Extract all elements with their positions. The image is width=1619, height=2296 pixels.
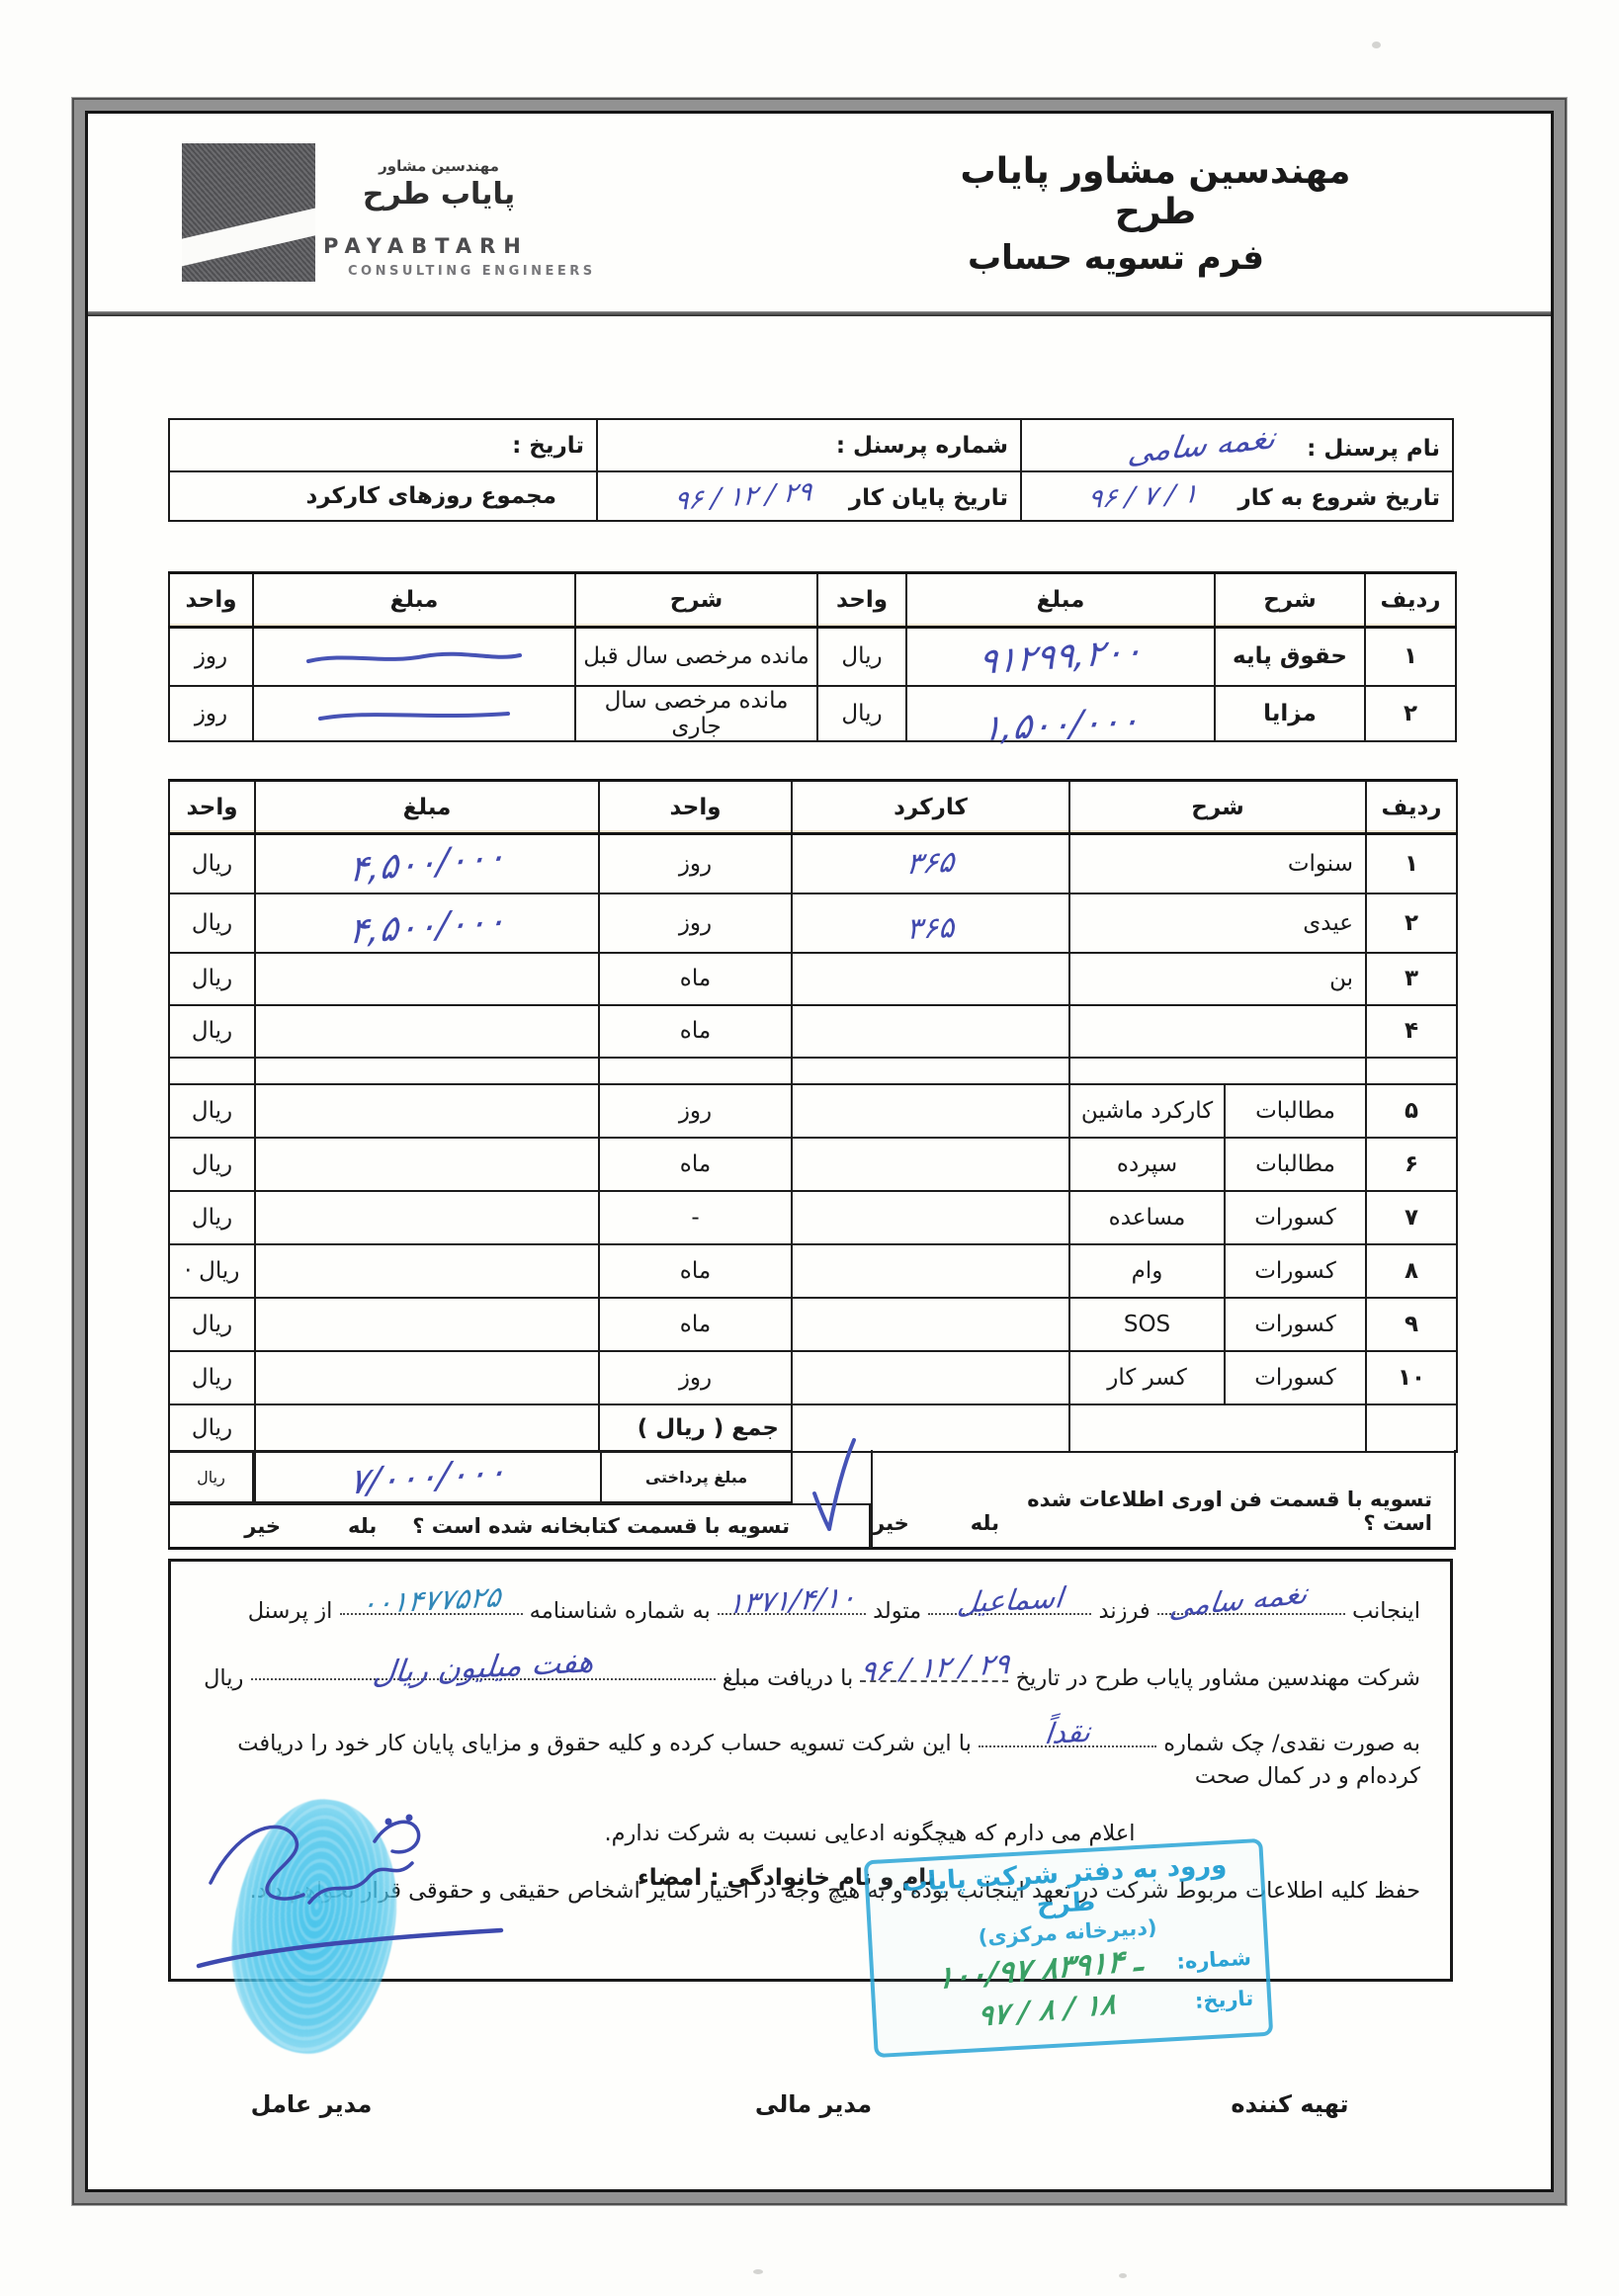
workdays-handwriting: ۳۶۵ <box>906 910 956 947</box>
desc-cell: حقوق پایه <box>1215 628 1365 686</box>
id-number-handwriting: ۰۰۱۴۷۷۵۲۵ <box>359 1575 503 1626</box>
work-cell <box>792 1138 1069 1191</box>
table-row: ۲ مزایا ۱,۵۰۰/۰۰۰ ریال مانده مرخصی سال ج… <box>169 686 1456 741</box>
salary-table: ردیف شرح مبلغ واحد شرح مبلغ واحد ۱ حقوق … <box>168 571 1457 742</box>
logo-latin-sub: CONSULTING ENGINEERS <box>348 264 596 279</box>
work-cell <box>792 1351 1069 1404</box>
row-number: ۶ <box>1366 1138 1457 1191</box>
amount-cell <box>255 1351 599 1404</box>
amount-cell <box>255 1298 599 1351</box>
birthdate-blank: ۱۳۷۱/۴/۱۰ <box>718 1587 866 1615</box>
birthdate-handwriting: ۱۳۷۱/۴/۱۰ <box>725 1576 858 1626</box>
unit-cell: ماه <box>599 1138 792 1191</box>
row-number: ۲ <box>1365 686 1456 741</box>
amount-handwriting: ۴,۵۰۰/۰۰۰ <box>348 836 506 891</box>
row-number: ۸ <box>1366 1244 1457 1298</box>
row-number: ۳ <box>1366 953 1457 1005</box>
table-row: ۱ حقوق پایه ۹۱۲۹۹,۲۰۰ ریال مانده مرخصی س… <box>169 628 1456 686</box>
decl-text: اینجانب <box>1352 1598 1420 1624</box>
empty-cell <box>1069 1058 1366 1084</box>
table-row: ۳ بن ماه ریال <box>169 953 1457 1005</box>
desc-cell <box>1069 1005 1366 1058</box>
father-handwriting: اسماعیل <box>955 1576 1065 1625</box>
row-number: ۱ <box>1366 834 1457 893</box>
it-question-text: تسویه با قسمت فن اوری اطلاعات شده است ؟ <box>1027 1488 1432 1535</box>
col-header: واحد <box>817 573 906 628</box>
declaration-line-1: اینجانب نغمه سامی فرزند اسماعیل متولد ۱۳… <box>201 1587 1420 1629</box>
unit2-cell: ریال <box>169 1298 255 1351</box>
table-row: ۷ کسورات مساعده - ریال <box>169 1191 1457 1244</box>
scribble-mark <box>300 649 528 667</box>
amount2-cell <box>253 628 575 686</box>
desc-cell: SOS <box>1069 1298 1225 1351</box>
unit2-cell: ریال <box>169 1005 255 1058</box>
category-cell: کسورات <box>1225 1298 1366 1351</box>
unit2-cell: ریال <box>169 1351 255 1404</box>
decl-text: به شماره شناسنامه <box>530 1598 711 1624</box>
row-number: ۱۰ <box>1366 1351 1457 1404</box>
stamp-date-handwriting: ۹۷ / ۸ / ۱۸ <box>978 1987 1117 2033</box>
paid-unit-cell: ریال <box>168 1450 254 1503</box>
category-cell: مطالبات <box>1225 1138 1366 1191</box>
empty-cell <box>255 1058 599 1084</box>
table-row: ۶ مطالبات سپرده ماه ریال <box>169 1138 1457 1191</box>
unit2-cell: روز <box>169 628 253 686</box>
desc2-cell: مانده مرخصی سال جاری <box>575 686 817 741</box>
start-date-handwriting: ۹۶ / ۷ / ۱ <box>1086 478 1200 515</box>
decl-text: فرزند <box>1099 1598 1150 1624</box>
table-row: ۲ عیدی ۳۶۵ روز ۴,۵۰۰/۰۰۰ ریال <box>169 893 1457 953</box>
amount2-cell <box>253 686 575 741</box>
work-cell <box>792 1005 1069 1058</box>
name-blank: نغمه سامی <box>1157 1587 1345 1615</box>
scan-artifact <box>1372 42 1381 48</box>
desc-cell: سپرده <box>1069 1138 1225 1191</box>
amount-cell <box>255 1005 599 1058</box>
paid-amount-handwriting: ۷/۰۰۰/۰۰۰ <box>347 1451 509 1503</box>
work-cell <box>792 1191 1069 1244</box>
document-frame: مهندسین مشاور پایاب طرح PAYABTARH CONSUL… <box>85 111 1554 2192</box>
father-blank: اسماعیل <box>928 1587 1091 1615</box>
row-number: ۲ <box>1366 893 1457 953</box>
declaration-line-2: شرکت مهندسین مشاور پایاب طرح در تاریخ ۹۶… <box>201 1653 1420 1696</box>
col-header: شرح <box>575 573 817 628</box>
col-header: شرح <box>1215 573 1365 628</box>
category-cell: کسورات <box>1225 1244 1366 1298</box>
library-question-text: تسویه با قسمت کتابخانه شده است ؟ <box>412 1514 790 1538</box>
col-header: واحد <box>169 781 255 834</box>
logo-farsi-large: پایاب طرح <box>333 177 545 212</box>
amount-cell: ۴,۵۰۰/۰۰۰ <box>255 834 599 893</box>
unit-cell: ماه <box>599 953 792 1005</box>
yes-option: بله <box>971 1511 999 1535</box>
settlement-items-table: ردیف شرح کارکرد واحد مبلغ واحد ۱ سنوات ۳… <box>168 779 1458 1453</box>
row-number: ۴ <box>1366 1005 1457 1058</box>
end-date-handwriting: ۹۶ / ۱۲ / ۲۹ <box>673 475 813 516</box>
table-header-row: ردیف شرح کارکرد واحد مبلغ واحد <box>169 781 1457 834</box>
it-clearance-question: تسویه با قسمت فن اوری اطلاعات شده است ؟ … <box>871 1450 1456 1550</box>
category-cell: کسورات <box>1225 1351 1366 1404</box>
decl-text: ریال <box>204 1665 243 1691</box>
unit2-cell: ریال <box>169 1191 255 1244</box>
col-header: ردیف <box>1365 573 1456 628</box>
office-entry-stamp: ورود به دفتر شرکت پایاب طرح (دبیرخانه مر… <box>864 1838 1274 2058</box>
scribble-mark <box>310 708 518 723</box>
work-cell <box>792 1084 1069 1138</box>
stamp-number-label: شماره: <box>1176 1946 1252 1974</box>
logo-farsi-small: مهندسین مشاور <box>333 157 545 175</box>
table-row: ۹ کسورات SOS ماه ریال <box>169 1298 1457 1351</box>
decl-text: به صورت نقدی/ چک شماره <box>1163 1731 1420 1756</box>
unit-cell: روز <box>599 1351 792 1404</box>
row-number: ۹ <box>1366 1298 1457 1351</box>
table-row: نام پرسنل : نغمه سامی شماره پرسنل : تاری… <box>169 419 1453 471</box>
row-number: ۱ <box>1365 628 1456 686</box>
empty-cell <box>1366 1404 1457 1452</box>
amount-words-blank: هفت میلیون ریال <box>251 1653 716 1680</box>
desc-cell: کارکرد ماشین <box>1069 1084 1225 1138</box>
amount-cell: ۹۱۲۹۹,۲۰۰ <box>906 628 1215 686</box>
unit2-cell: ریال <box>169 1138 255 1191</box>
end-date-cell: تاریخ پایان کار ۹۶ / ۱۲ / ۲۹ <box>597 471 1021 521</box>
no-option: خیر <box>873 1511 909 1535</box>
scan-artifact <box>1119 2273 1127 2278</box>
logo-stripe-icon <box>182 202 315 268</box>
unit-cell: روز <box>599 1084 792 1138</box>
table-row: ۱۰ کسورات کسر کار روز ریال <box>169 1351 1457 1404</box>
amount-handwriting: ۱,۵۰۰/۰۰۰ <box>980 701 1141 750</box>
amount-handwriting: ۴,۵۰۰/۰۰۰ <box>347 900 506 952</box>
amount-cell: ۴,۵۰۰/۰۰۰ <box>255 893 599 953</box>
stamp-date-label: تاریخ: <box>1194 1987 1254 2013</box>
amount-cell <box>255 1191 599 1244</box>
id-number-blank: ۰۰۱۴۷۷۵۲۵ <box>340 1587 523 1615</box>
col-header: شرح <box>1069 781 1366 834</box>
col-header: کارکرد <box>792 781 1069 834</box>
unit-cell: ماه <box>599 1244 792 1298</box>
unit2-cell: ریال · <box>169 1244 255 1298</box>
scanned-settlement-form-page: مهندسین مشاور پایاب طرح PAYABTARH CONSUL… <box>0 0 1619 2296</box>
table-row: ۸ کسورات وام ماه ریال · <box>169 1244 1457 1298</box>
sum-label: جمع ( ریال ) <box>599 1404 792 1452</box>
desc-cell: مزایا <box>1215 686 1365 741</box>
unit2-cell: ریال <box>169 1084 255 1138</box>
amount-handwriting: ۹۱۲۹۹,۲۰۰ <box>978 631 1145 683</box>
unit-cell: ریال <box>817 628 906 686</box>
financial-manager-label: مدیر مالی <box>724 2090 902 2118</box>
payment-method-handwriting: نقداً <box>1043 1710 1093 1755</box>
form-title: فرم تسویه حساب <box>938 238 1294 278</box>
settle-date-handwriting: ۹۶ / ۱۲ / ۲۹ <box>858 1643 1012 1693</box>
personnel-number-label: شماره پرسنل : <box>597 419 1021 471</box>
pen-check-mark <box>809 1436 860 1547</box>
end-date-label: تاریخ پایان کار <box>849 485 1008 511</box>
empty-cell <box>1366 1058 1457 1084</box>
work-cell: ۳۶۵ <box>792 834 1069 893</box>
unit2-cell: روز <box>169 686 253 741</box>
decl-text: از پرسنل <box>248 1598 333 1624</box>
category-cell: کسورات <box>1225 1191 1366 1244</box>
desc-cell: عیدی <box>1069 893 1366 953</box>
decl-text: متولد <box>873 1598 921 1624</box>
paid-and-questions-region: تسویه با قسمت فن اوری اطلاعات شده است ؟ … <box>168 1450 1456 1550</box>
personnel-name-handwriting: نغمه سامی <box>1126 420 1278 470</box>
unit2-cell: ریال <box>169 893 255 953</box>
table-row: ۱ سنوات ۳۶۵ روز ۴,۵۰۰/۰۰۰ ریال <box>169 834 1457 893</box>
col-header: مبلغ <box>255 781 599 834</box>
workdays-handwriting: ۳۶۵ <box>904 845 956 882</box>
decl-text: شرکت مهندسین مشاور پایاب طرح در تاریخ <box>1016 1665 1420 1691</box>
col-header: واحد <box>599 781 792 834</box>
personnel-info-table: نام پرسنل : نغمه سامی شماره پرسنل : تاری… <box>168 418 1454 522</box>
unit2-cell: ریال <box>169 834 255 893</box>
amount-words-handwriting: هفت میلیون ریال <box>370 1639 596 1696</box>
paid-amount-label: مبلغ پرداختی <box>600 1450 793 1503</box>
col-header: ردیف <box>1366 781 1457 834</box>
desc2-cell: مانده مرخصی سال قبل <box>575 628 817 686</box>
work-cell: ۳۶۵ <box>792 893 1069 953</box>
desc-cell: وام <box>1069 1244 1225 1298</box>
empty-cell <box>1069 1404 1366 1452</box>
row-number: ۷ <box>1366 1191 1457 1244</box>
col-header: مبلغ <box>906 573 1215 628</box>
desc-cell: کسر کار <box>1069 1351 1225 1404</box>
table-row: تاریخ شروع به کار ۹۶ / ۷ / ۱ تاریخ پایان… <box>169 471 1453 521</box>
total-days-label: مجموع روزهای کارکرد <box>169 471 597 521</box>
ceo-label: مدیر عامل <box>217 2090 405 2118</box>
work-cell <box>792 953 1069 1005</box>
unit-cell: - <box>599 1191 792 1244</box>
amount-cell <box>255 1138 599 1191</box>
spacer-row <box>169 1058 1457 1084</box>
work-cell <box>792 1298 1069 1351</box>
decl-text: با دریافت مبلغ <box>723 1665 854 1691</box>
empty-cell <box>792 1058 1069 1084</box>
col-header: مبلغ <box>253 573 575 628</box>
work-cell <box>792 1244 1069 1298</box>
personnel-name-cell: نام پرسنل : نغمه سامی <box>1021 419 1453 471</box>
table-header-row: ردیف شرح مبلغ واحد شرح مبلغ واحد <box>169 573 1456 628</box>
col-header: واحد <box>169 573 253 628</box>
no-option: خیر <box>244 1514 281 1538</box>
company-logo <box>182 143 315 282</box>
company-title: مهندسین مشاور پایاب طرح <box>938 151 1373 232</box>
desc-cell: بن <box>1069 953 1366 1005</box>
empty-cell <box>169 1058 255 1084</box>
start-date-cell: تاریخ شروع به کار ۹۶ / ۷ / ۱ <box>1021 471 1453 521</box>
logo-latin: PAYABTARH <box>323 234 529 258</box>
paid-amount-row: مبلغ پرداختی ۷/۰۰۰/۰۰۰ ریال <box>168 1450 871 1503</box>
paid-amount-cell: ۷/۰۰۰/۰۰۰ <box>254 1450 600 1503</box>
category-cell: مطالبات <box>1225 1084 1366 1138</box>
row-number: ۵ <box>1366 1084 1457 1138</box>
unit-cell: ماه <box>599 1005 792 1058</box>
unit-cell: روز <box>599 893 792 953</box>
payment-method-blank: نقداً <box>979 1720 1156 1747</box>
header-divider <box>88 311 1551 316</box>
unit-cell: روز <box>599 834 792 893</box>
empty-cell <box>599 1058 792 1084</box>
unit-cell: ریال <box>817 686 906 741</box>
amount-cell <box>255 1084 599 1138</box>
start-date-label: تاریخ شروع به کار <box>1237 485 1440 511</box>
sum-amount-cell <box>255 1404 599 1452</box>
sum-unit-cell: ریال <box>169 1404 255 1452</box>
yes-option: بله <box>348 1514 377 1538</box>
table-row: ۴ ماه ریال <box>169 1005 1457 1058</box>
date-label: تاریخ : <box>169 419 597 471</box>
preparer-label: تهیه کننده <box>1191 2090 1389 2118</box>
settle-date-blank: ۹۶ / ۱۲ / ۲۹ <box>860 1655 1008 1682</box>
personnel-name-label: نام پرسنل : <box>1307 436 1440 462</box>
table-row: ۵ مطالبات کارکرد ماشین روز ریال <box>169 1084 1457 1138</box>
desc-cell: سنوات <box>1069 834 1366 893</box>
amount-cell <box>255 1244 599 1298</box>
scan-artifact <box>753 2269 763 2274</box>
name-handwriting: نغمه سامی <box>1166 1573 1310 1630</box>
desc-cell: مساعده <box>1069 1191 1225 1244</box>
declaration-line-3: به صورت نقدی/ چک شماره نقداً با این شرکت… <box>201 1720 1420 1795</box>
unit-cell: ماه <box>599 1298 792 1351</box>
amount-cell <box>255 953 599 1005</box>
amount-cell: ۱,۵۰۰/۰۰۰ <box>906 686 1215 741</box>
library-clearance-question: تسویه با قسمت کتابخانه شده است ؟ بله خیر <box>168 1503 871 1550</box>
signature-icon <box>179 1806 520 1998</box>
unit2-cell: ریال <box>169 953 255 1005</box>
